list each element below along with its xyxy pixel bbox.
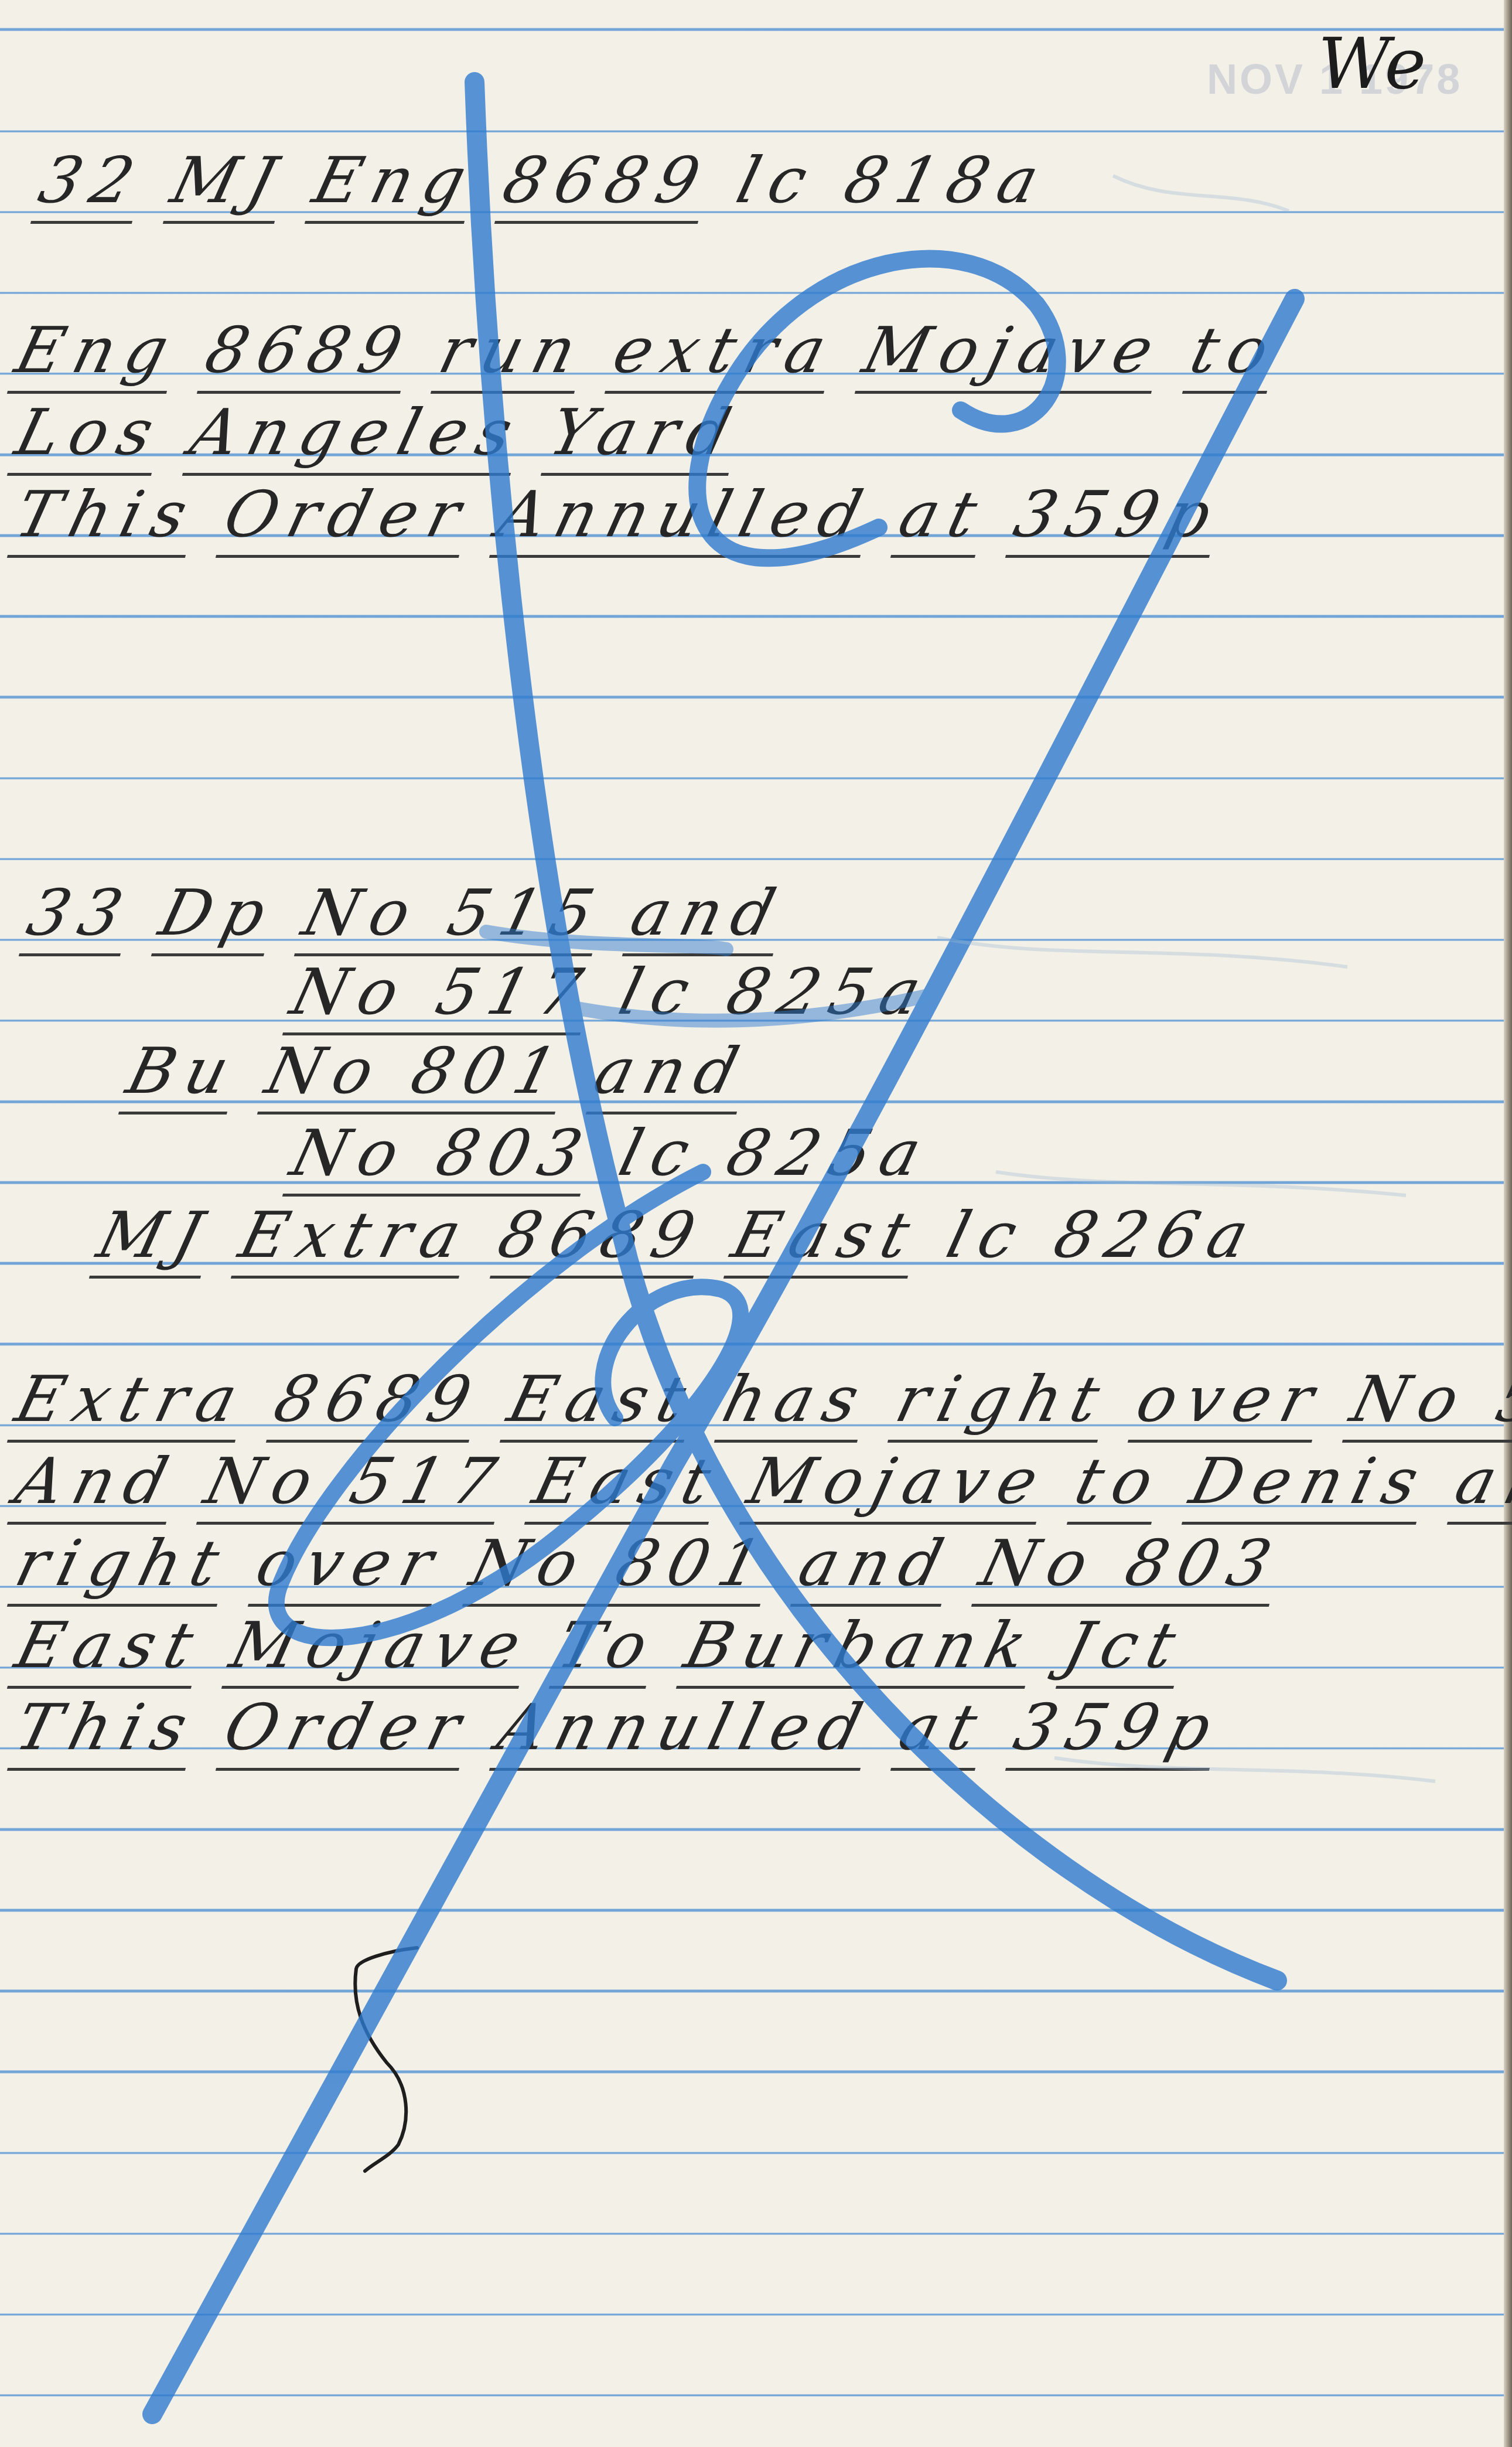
order-33-addressee-4: No 803 lc 825a [285, 1122, 937, 1185]
order-32-line-2: Los Angeles Yard [10, 401, 747, 465]
order-number: 32 [30, 144, 152, 224]
word: lc [730, 144, 825, 217]
place-name: Mojave [221, 1609, 538, 1689]
word: Extra [7, 1363, 255, 1443]
word: Order [216, 1691, 479, 1771]
word: And [7, 1445, 186, 1525]
time: 825a [719, 1117, 938, 1190]
page-binding-edge [1504, 0, 1512, 2447]
place-name: Jct [1055, 1609, 1193, 1689]
word: This [7, 478, 204, 558]
word: right [7, 1527, 237, 1607]
word: extra [605, 314, 844, 394]
order-number: 33 [19, 877, 140, 956]
place-name: Burbank [676, 1609, 1045, 1689]
word: and [585, 1035, 756, 1115]
engine-number: 8689 [490, 1199, 713, 1279]
order-33-addressee-2: No 517 lc 825a [285, 961, 937, 1024]
place-name: Yard [541, 396, 748, 476]
word: Eng [7, 314, 186, 394]
order-32-header: 32 MJ Eng 8689 lc 818a [33, 149, 1055, 213]
direction: East [500, 1363, 704, 1443]
train-number: No 517 [282, 956, 600, 1035]
order-33-line-1: Extra 8689 East has right over No 515 [10, 1368, 1512, 1432]
operator-initials: We [1318, 23, 1426, 105]
station-code: Dp [151, 877, 284, 956]
order-33-line-2: And No 517 East Mojave to Denis and [10, 1450, 1512, 1514]
engine-number: 8689 [494, 144, 718, 224]
train-number: No 803 [282, 1117, 600, 1197]
order-33-addressee-3: Bu No 801 and [121, 1040, 755, 1103]
station-code: MJ [89, 1199, 220, 1279]
station-code: Bu [118, 1035, 247, 1115]
order-33-addressee-5: MJ Extra 8689 East lc 826a [92, 1204, 1265, 1267]
time: 825a [719, 956, 938, 1029]
word: and [1446, 1445, 1512, 1525]
order-33-line-3: right over No 801 and No 803 [10, 1532, 1288, 1596]
annulled-time: 359p [1005, 478, 1228, 558]
order-32-line-3: This Order Annulled at 359p [10, 483, 1228, 547]
word: Annulled [489, 478, 880, 558]
place-name: Denis [1182, 1445, 1436, 1525]
word: to [1066, 1445, 1170, 1525]
place-name: Los [7, 396, 171, 476]
word: lc [612, 956, 707, 1029]
word: Annulled [489, 1691, 880, 1771]
order-33-line-4: East Mojave To Burbank Jct [10, 1614, 1192, 1678]
train-number: No 515 [294, 877, 612, 956]
word: Order [216, 478, 479, 558]
word: lc [940, 1199, 1035, 1272]
train-number: No 801 [462, 1527, 779, 1607]
order-33-addressee-1: 33 Dp No 515 and [22, 882, 791, 945]
word: right [888, 1363, 1117, 1443]
engine-number: 8689 [265, 1363, 489, 1443]
direction: East [723, 1199, 927, 1279]
station-code: MJ [163, 144, 294, 224]
word: run [431, 314, 594, 394]
train-number: No 803 [971, 1527, 1289, 1607]
engine-number: 8689 [197, 314, 420, 394]
time: 826a [1047, 1199, 1266, 1272]
order-33-line-5: This Order Annulled at 359p [10, 1696, 1228, 1760]
time: 818a [837, 144, 1056, 217]
word: over [1128, 1363, 1331, 1443]
place-name: Angeles [182, 396, 530, 476]
place-name: Mojave [739, 1445, 1056, 1525]
direction: East [524, 1445, 728, 1525]
annulled-time: 359p [1005, 1691, 1228, 1771]
word: and [790, 1527, 961, 1607]
word: has [714, 1363, 876, 1443]
word: at [890, 478, 995, 558]
word: This [7, 1691, 204, 1771]
order-32-line-1: Eng 8689 run extra Mojave to [10, 319, 1285, 383]
word: and [622, 877, 793, 956]
word: To [549, 1609, 665, 1689]
word: at [890, 1691, 995, 1771]
direction: East [7, 1609, 211, 1689]
word: Eng [305, 144, 483, 224]
word: over [247, 1527, 450, 1607]
train-number: No 801 [257, 1035, 575, 1115]
word: lc [612, 1117, 707, 1190]
place-name: Mojave [855, 314, 1171, 394]
train-number: No 517 [196, 1445, 514, 1525]
train-number: No 515 [1342, 1363, 1512, 1443]
word: Extra [231, 1199, 479, 1279]
